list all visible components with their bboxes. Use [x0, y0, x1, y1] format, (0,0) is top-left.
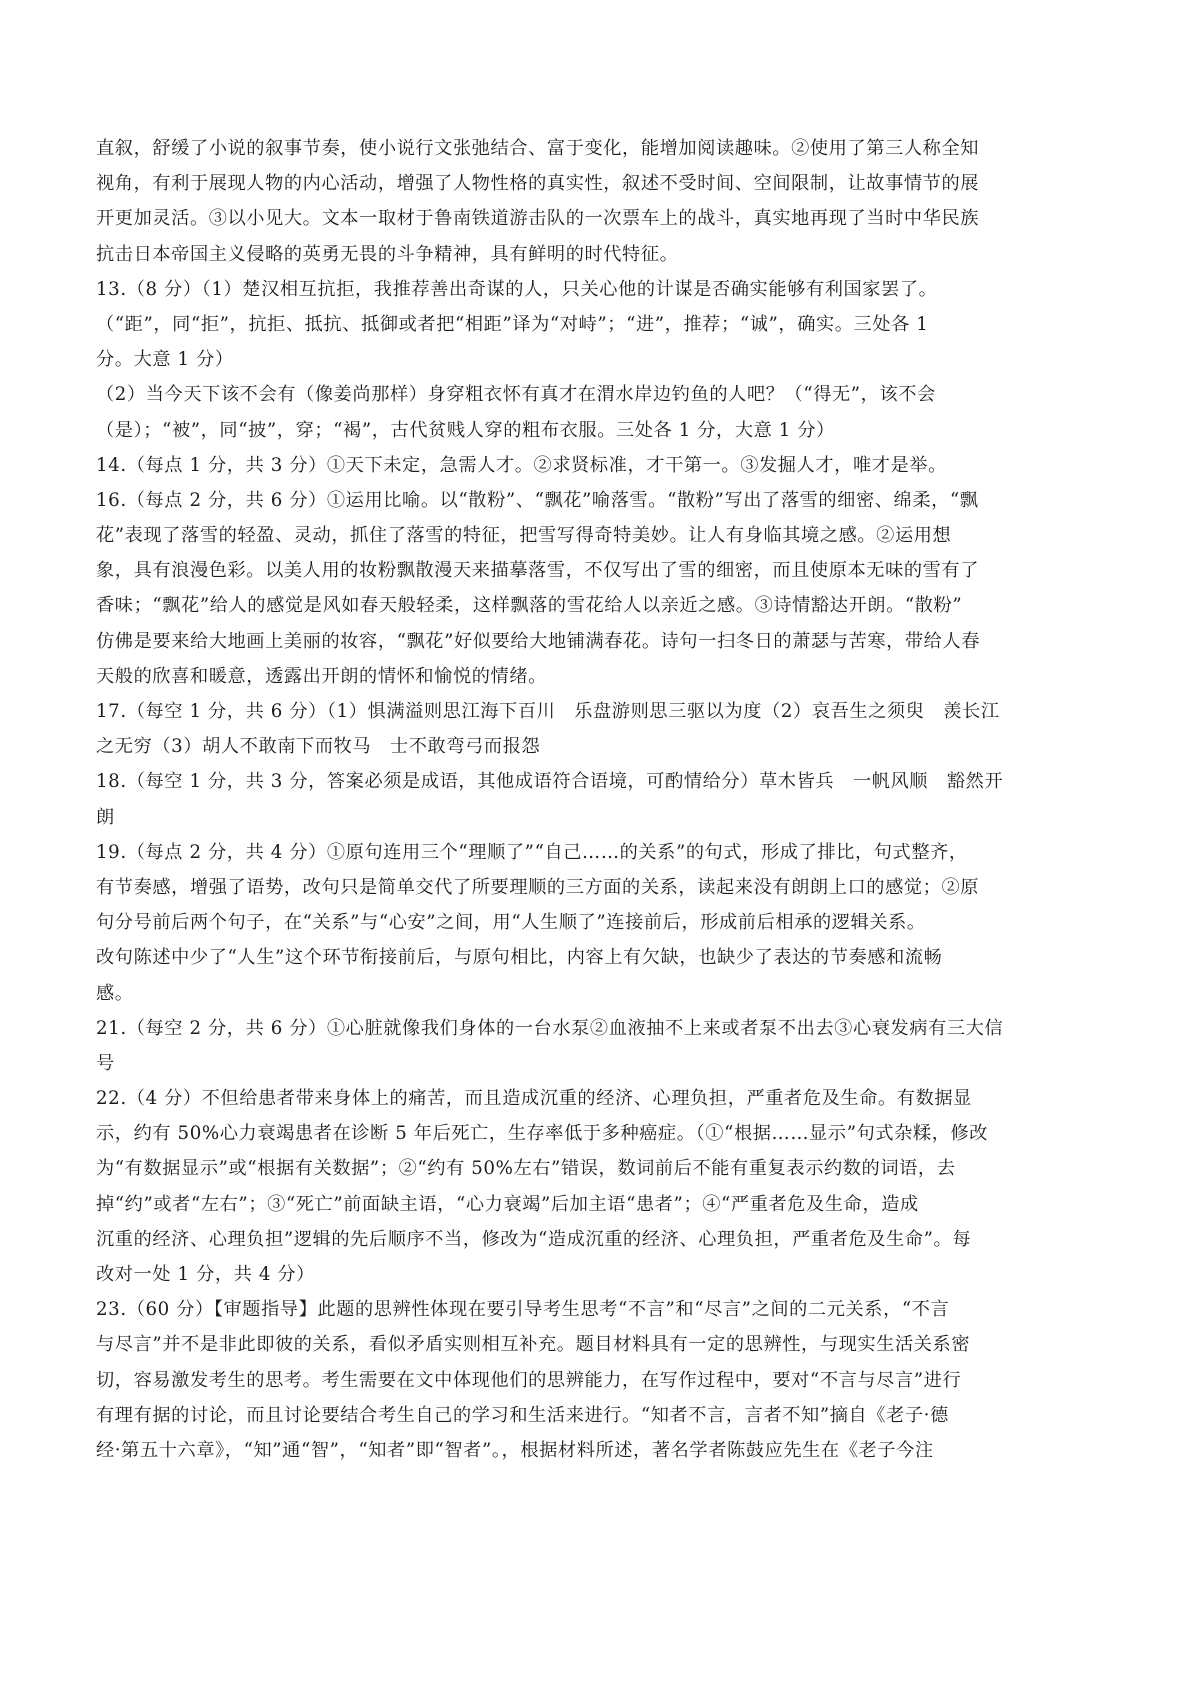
answer-21-line: 21.（每空 2 分，共 6 分）①心脏就像我们身体的一台水泵②血液抽不上来或者… [96, 1011, 1112, 1046]
text-line: 花”表现了落雪的轻盈、灵动，抓住了落雪的特征，把雪写得奇特美妙。让人有身临其境之… [96, 518, 1112, 553]
text-line: （是）；“被”，同“披”，穿；“褐”，古代贫贱人穿的粗布衣服。三处各 1 分，大… [96, 413, 1112, 448]
text-line: 朗 [96, 800, 1112, 835]
text-line: 视角，有利于展现人物的内心活动，增强了人物性格的真实性，叙述不受时间、空间限制，… [96, 166, 1112, 201]
answer-19-line: 19.（每点 2 分，共 4 分）①原句连用三个“理顺了”“自己……的关系”的句… [96, 835, 1112, 870]
answer-16-line: 16.（每点 2 分，共 6 分）①运用比喻。以“散粉”、“飘花”喻落雪。“散粉… [96, 483, 1112, 518]
text-line: 有节奏感，增强了语势，改句只是简单交代了所要理顺的三方面的关系，读起来没有朗朗上… [96, 870, 1112, 905]
text-line: 号 [96, 1046, 1112, 1081]
answer-14-line: 14.（每点 1 分，共 3 分）①天下未定，急需人才。②求贤标准，才干第一。③… [96, 448, 1112, 483]
text-line: 与尽言”并不是非此即彼的关系，看似矛盾实则相互补充。题目材料具有一定的思辨性，与… [96, 1327, 1112, 1362]
text-line: 沉重的经济、心理负担”逻辑的先后顺序不当，修改为“造成沉重的经济、心理负担，严重… [96, 1222, 1112, 1257]
text-line: 切，容易激发考生的思考。考生需要在文中体现他们的思辨能力，在写作过程中，要对“不… [96, 1363, 1112, 1398]
text-line: 象，具有浪漫色彩。以美人用的妆粉飘散漫天来描摹落雪，不仅写出了雪的细密，而且使原… [96, 553, 1112, 588]
text-line: 分。大意 1 分） [96, 342, 1112, 377]
text-line: 之无穷（3）胡人不敢南下而牧马 士不敢弯弓而报怨 [96, 729, 1112, 764]
text-line: 掉“约”或者“左右”；③“死亡”前面缺主语，“心力衰竭”后加主语“患者”；④“严… [96, 1187, 1112, 1222]
answer-23-line: 23.（60 分）【审题指导】此题的思辨性体现在要引导考生思考“不言”和“尽言”… [96, 1292, 1112, 1327]
text-line: 为“有数据显示”或“根据有关数据”；②“约有 50%左右”错误，数词前后不能有重… [96, 1151, 1112, 1186]
text-line: 天般的欣喜和暖意，透露出开朗的情怀和愉悦的情绪。 [96, 659, 1112, 694]
text-line: 仿佛是要来给大地画上美丽的妆容，“飘花”好似要给大地铺满春花。诗句一扫冬日的萧瑟… [96, 624, 1112, 659]
answer-key-page: 直叙，舒缓了小说的叙事节奏，使小说行文张弛结合、富于变化，能增加阅读趣味。②使用… [96, 131, 1112, 1468]
answer-18-line: 18.（每空 1 分，共 3 分，答案必须是成语，其他成语符合语境，可酌情给分）… [96, 764, 1112, 799]
text-line: 直叙，舒缓了小说的叙事节奏，使小说行文张弛结合、富于变化，能增加阅读趣味。②使用… [96, 131, 1112, 166]
text-line: 句分号前后两个句子，在“关系”与“心安”之间，用“人生顺了”连接前后，形成前后相… [96, 905, 1112, 940]
text-line: 改句陈述中少了“人生”这个环节衔接前后，与原句相比，内容上有欠缺，也缺少了表达的… [96, 940, 1112, 975]
text-line: 示，约有 50%心力衰竭患者在诊断 5 年后死亡，生存率低于多种癌症。（①“根据… [96, 1116, 1112, 1151]
text-line: 抗击日本帝国主义侵略的英勇无畏的斗争精神，具有鲜明的时代特征。 [96, 237, 1112, 272]
answer-17-line: 17.（每空 1 分，共 6 分）（1）惧满溢则思江海下百川 乐盘游则思三驱以为… [96, 694, 1112, 729]
answer-13-line: 13.（8 分）（1）楚汉相互抗拒，我推荐善出奇谋的人，只关心他的计谋是否确实能… [96, 272, 1112, 307]
text-line: 经·第五十六章》，“知”通“智”，“知者”即“智者”。，根据材料所述，著名学者陈… [96, 1433, 1112, 1468]
text-line: 感。 [96, 976, 1112, 1011]
text-line: （“距”，同“拒”，抗拒、抵抗、抵御或者把“相距”译为“对峙”；“进”，推荐；“… [96, 307, 1112, 342]
text-line: 开更加灵活。③以小见大。文本一取材于鲁南铁道游击队的一次票车上的战斗，真实地再现… [96, 201, 1112, 236]
text-line: 改对一处 1 分，共 4 分） [96, 1257, 1112, 1292]
text-line: 香味；“飘花”给人的感觉是风如春天般轻柔，这样飘落的雪花给人以亲近之感。③诗情豁… [96, 588, 1112, 623]
answer-22-line: 22.（4 分）不但给患者带来身体上的痛苦，而且造成沉重的经济、心理负担，严重者… [96, 1081, 1112, 1116]
text-line: 有理有据的讨论，而且讨论要结合考生自己的学习和生活来进行。“知者不言，言者不知”… [96, 1398, 1112, 1433]
text-line: （2）当今天下该不会有（像姜尚那样）身穿粗衣怀有真才在渭水岸边钓鱼的人吧？（“得… [96, 377, 1112, 412]
